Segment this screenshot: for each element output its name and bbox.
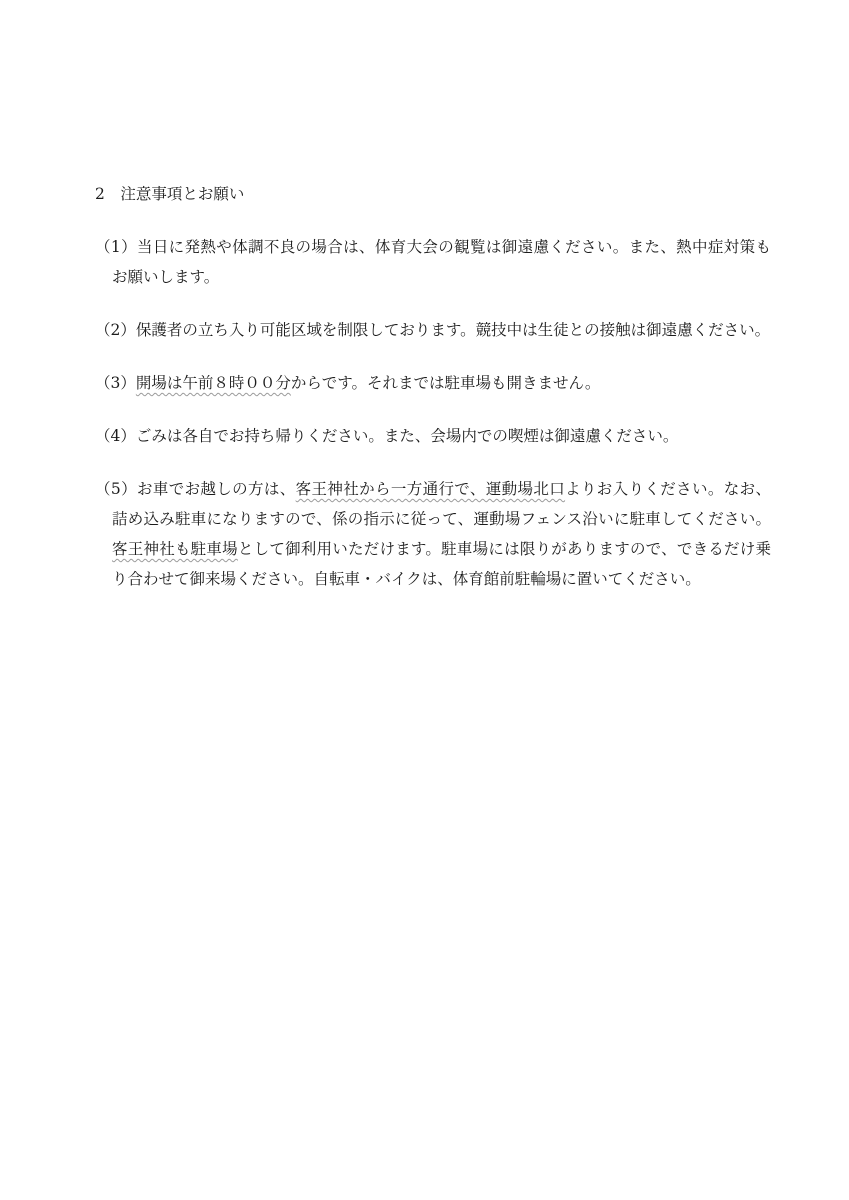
document-content: 2 注意事項とお願い （1）当日に発熱や体調不良の場合は、体育大会の観覧は御遠慮… [95, 179, 771, 594]
section-heading: 2 注意事項とお願い [95, 179, 771, 209]
document-page: 2 注意事項とお願い （1）当日に発熱や体調不良の場合は、体育大会の観覧は御遠慮… [0, 0, 849, 1200]
item-number-label: （5） [95, 480, 137, 498]
text-run: 保護者の立ち入り可能区域を制限しております。競技中は生徒との接触は御遠慮ください… [136, 321, 770, 339]
item-number-label: （3） [95, 374, 136, 392]
item-number-label: （2） [95, 321, 136, 339]
underlined-text-run: 開場は午前８時００分 [136, 374, 291, 392]
text-run: からです。それまでは駐車場も開きません。 [291, 374, 601, 392]
notice-item: （4）ごみは各自でお持ち帰りください。また、会場内での喫煙は御遠慮ください。 [95, 421, 771, 451]
underlined-text-run: 客王神社も駐車場 [112, 540, 238, 558]
text-run: ごみは各自でお持ち帰りください。また、会場内での喫煙は御遠慮ください。 [136, 427, 679, 445]
notice-item: （3）開場は午前８時００分からです。それまでは駐車場も開きません。 [95, 368, 771, 398]
item-number-label: （4） [95, 427, 136, 445]
notice-item: （5）お車でお越しの方は、客王神社から一方通行で、運動場北口よりお入りください。… [95, 474, 771, 594]
notice-item: （2）保護者の立ち入り可能区域を制限しております。競技中は生徒との接触は御遠慮く… [95, 315, 771, 345]
underlined-text-run: 客王神社から一方通行で、運動場北口 [296, 480, 565, 498]
item-number-label: （1） [95, 238, 137, 256]
items-list: （1）当日に発熱や体調不良の場合は、体育大会の観覧は御遠慮ください。また、熱中症… [95, 232, 771, 594]
text-run: お車でお越しの方は、 [137, 480, 296, 498]
notice-item: （1）当日に発熱や体調不良の場合は、体育大会の観覧は御遠慮ください。また、熱中症… [95, 232, 771, 292]
text-run: 当日に発熱や体調不良の場合は、体育大会の観覧は御遠慮ください。また、熱中症対策も… [112, 238, 771, 286]
